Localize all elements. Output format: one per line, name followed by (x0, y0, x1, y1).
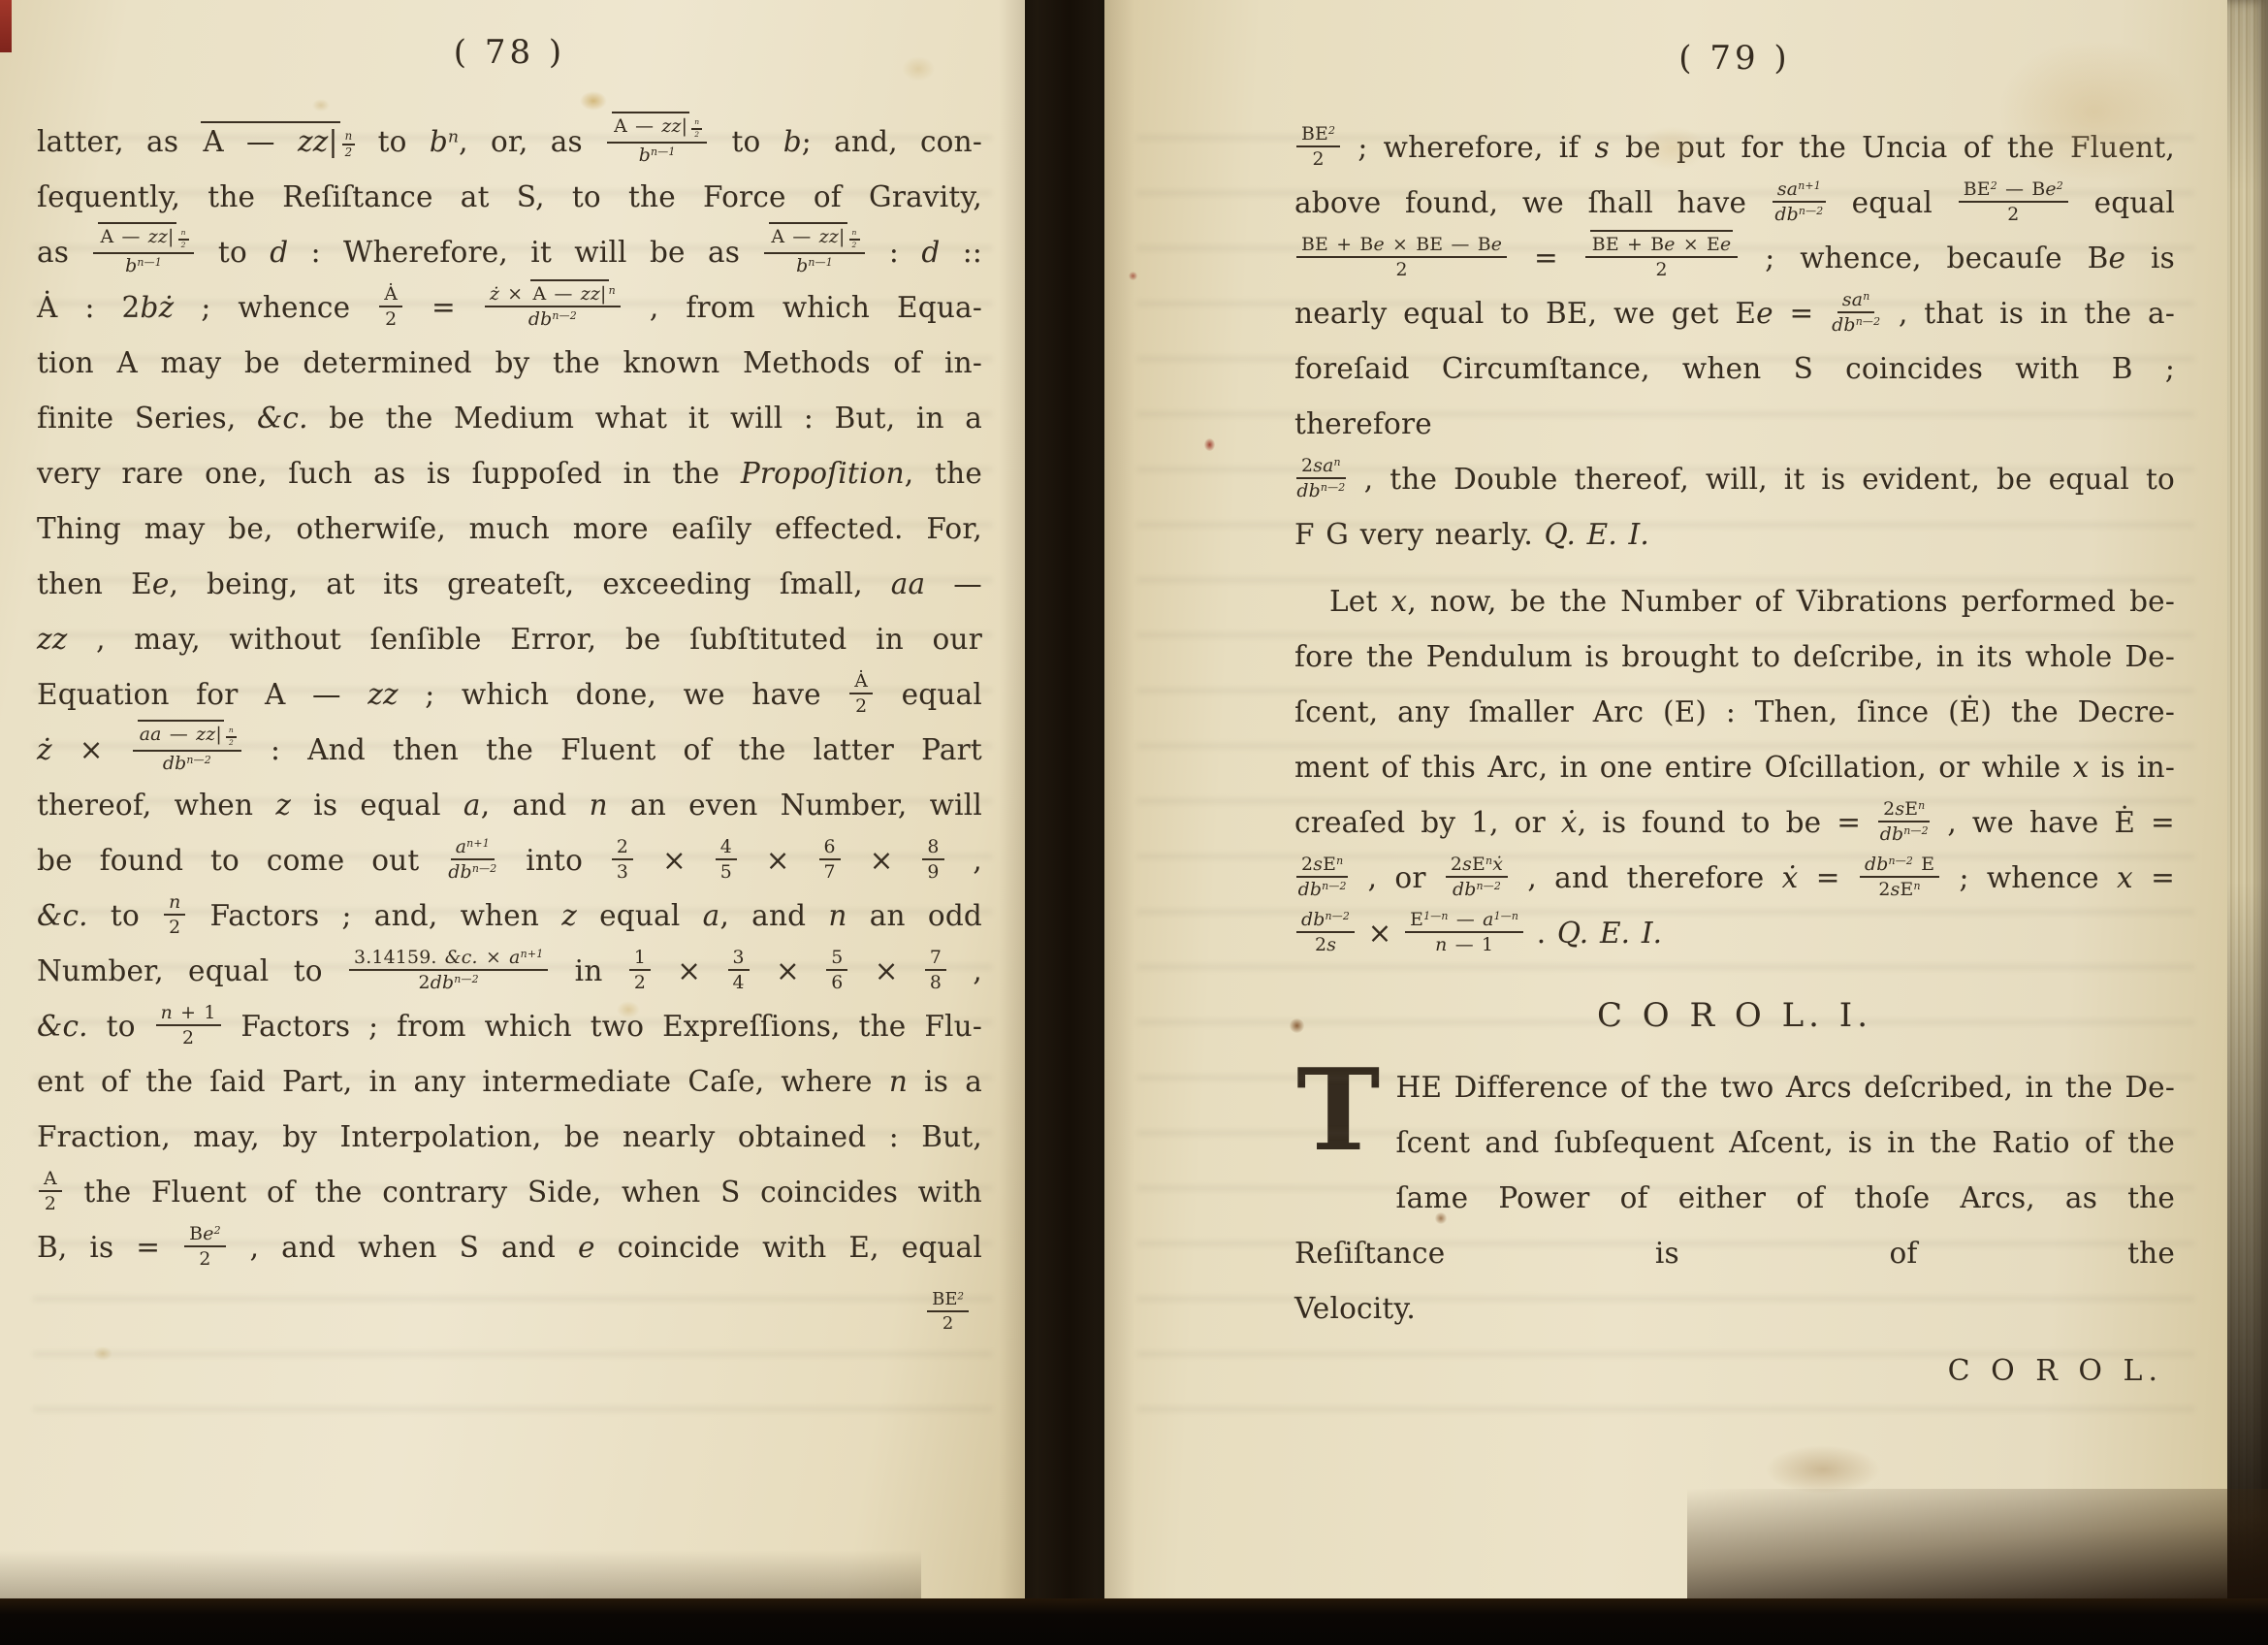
text-run: : (867, 236, 922, 269)
superscript: n+1 (521, 948, 544, 960)
text-run: ſcent and ſubſequent Aſcent, is in the R… (1396, 1126, 2175, 1159)
fraction-numerator: BE + Be × BE — Be (1296, 235, 1507, 258)
fraction: 34 (726, 948, 751, 993)
text-run: latter, as (37, 125, 201, 158)
italic-run: Q. E. I. (1557, 917, 1662, 950)
overline-vinculum: A — zz| (769, 222, 847, 247)
text-run: ſame Power of either of thoſe Arcs, as t… (1294, 1181, 2175, 1270)
italic-run: a (703, 899, 720, 932)
fraction-denominator: dbn—2 (1298, 878, 1347, 899)
text-line: BE + Be × BE — Be2 = BE + Be × Ee2 ; whe… (1294, 231, 2175, 286)
catchword-left: BE22 (37, 1293, 982, 1337)
italic-run: sa (1777, 178, 1798, 200)
text-line: latter, as A — zz|n2 to bn, or, as A — z… (37, 114, 982, 170)
text-run: 3 (617, 861, 628, 883)
italic-run: zz (148, 226, 168, 247)
overline-vinculum: BE + Be × Ee (1590, 230, 1734, 255)
text-line: ſame Power of either of thoſe Arcs, as t… (1294, 1171, 2175, 1281)
text-run: BE + B (1301, 234, 1373, 255)
text-line: zz , may, without ſenſible Error, be ſub… (37, 612, 982, 667)
fraction-numerator: BE2 (927, 1290, 969, 1312)
fraction: A — zz|n2bn—1 (762, 227, 866, 275)
text-line: BE22 ; wherefore, if s be put for the Un… (1294, 120, 2175, 176)
fraction-denominator: 2dbn—2 (419, 971, 479, 992)
italic-run: db (163, 753, 187, 774)
fraction: n2 (162, 892, 187, 938)
italic-run: e (1491, 234, 1502, 255)
text-run: , and therefore (1510, 861, 1782, 894)
text-run: 8 (927, 836, 939, 857)
text-run: 8 (930, 972, 942, 993)
text-run: 5 (831, 947, 843, 968)
fraction-numerator: 5 (826, 948, 847, 971)
superscript: n—1 (808, 256, 833, 269)
text-run: 2 (1655, 259, 1667, 280)
italic-run: sa (1313, 455, 1333, 476)
italic-run: db (1880, 823, 1904, 845)
text-run: 2 (199, 1248, 210, 1270)
text-line: be found to come out an+1dbn—2 into 23 ×… (37, 833, 982, 888)
italic-run: e (1664, 234, 1675, 255)
fraction: dbn—2 E2sEn (1858, 855, 1941, 900)
fraction: 2sEndbn—2 (1876, 799, 1932, 845)
fraction: Be22 (182, 1224, 228, 1270)
text-line: ſequently, the Reſiſtance at S, to the F… (37, 170, 982, 225)
fraction-denominator: dbn—2 (163, 752, 211, 773)
italic-run: zz (37, 623, 68, 656)
fraction-numerator: 2san (1296, 456, 1346, 479)
italic-run: z (275, 789, 291, 822)
text-line: Number, equal to 3.14159. &c. × an+12dbn… (37, 944, 982, 999)
italic-run: x (1391, 585, 1408, 618)
superscript: 2 (957, 1290, 964, 1302)
italic-run: db (448, 861, 472, 883)
italic-run: db (528, 308, 553, 330)
fraction: n + 12 (154, 1003, 223, 1048)
text-run: very rare one, ſuch as is ſuppoſed in th… (37, 457, 741, 490)
text-run: , now, be the Number of Vibrations perfo… (1407, 585, 2175, 618)
text-run: Equation for A — (37, 678, 367, 711)
italic-run: b (125, 255, 137, 276)
text-line: ſcent, any ſmaller Arc (E) : Then, ſince… (1294, 685, 2175, 740)
text-line: ent of the ſaid Part, in any intermediat… (37, 1054, 982, 1110)
page-79-text: BE22 ; wherefore, if s be put for the Un… (1294, 120, 2175, 961)
overline-vinculum: aa — zz| (138, 720, 224, 745)
italic-run: a (1483, 909, 1493, 930)
text-run: | (328, 125, 337, 158)
text-run: BE (1301, 123, 1328, 145)
fraction: Ȧ2 (847, 671, 875, 717)
text-run: BE (1964, 178, 1991, 200)
text-run: ; and, con- (802, 125, 982, 158)
text-run: equal (875, 678, 982, 711)
superscript: n—2 (1799, 205, 1824, 217)
text-line: &c. to n + 12 Factors ; from which two E… (37, 999, 982, 1054)
corol-heading: C O R O L. I. (1294, 996, 2175, 1035)
text-run: equal (1828, 186, 1957, 219)
superscript: n—2 (1856, 315, 1881, 328)
italic-run: z (561, 899, 577, 932)
text-run: 2 (634, 972, 646, 993)
text-run: ; whence, becauſe B (1740, 242, 2108, 274)
text-run: is in- (2089, 751, 2175, 784)
fraction: Ȧ2 (377, 284, 404, 330)
text-run: is equal (291, 789, 463, 822)
text-run: an odd (847, 899, 982, 932)
text-run: A — (771, 226, 818, 247)
text-line: Thing may be, otherwiſe, much more eaſil… (37, 501, 982, 557)
text-line: foreſaid Circumſtance, when S coincides … (1294, 341, 2175, 452)
fraction: BE22 (925, 1290, 971, 1334)
text-run: × (843, 844, 921, 877)
text-run: × (478, 947, 509, 968)
text-run: BE + B (1592, 234, 1664, 255)
italic-run: ż (490, 283, 499, 305)
fraction-numerator: A — zz|n2 (764, 227, 864, 253)
fraction-denominator: 2 (45, 1192, 56, 1213)
fraction-denominator: dbn—2 (448, 860, 496, 882)
fraction: A — zz|n2bn—1 (91, 227, 195, 275)
text-run: — B (1997, 178, 2046, 200)
italic-run: n (1435, 934, 1447, 955)
text-run: 3 (733, 947, 745, 968)
text-run: 2 (1395, 259, 1407, 280)
fraction: dbn—22s (1294, 910, 1357, 955)
text-run: × (849, 954, 923, 987)
drop-cap-T: T (1296, 1068, 1381, 1177)
text-run: = (2133, 861, 2175, 894)
text-run: E (1410, 909, 1423, 930)
fraction-denominator: 2 (182, 1026, 194, 1048)
table-edge-dark-band (0, 1598, 2268, 1645)
text-run: 2 (1301, 854, 1313, 875)
fraction: aa — zz|n2dbn—2 (131, 725, 243, 773)
fraction-denominator: 2 (199, 1247, 210, 1269)
italic-run: e (2109, 242, 2126, 274)
text-line: ż × aa — zz|n2dbn—2 : And then the Fluen… (37, 723, 982, 778)
superscript: n+1 (1798, 179, 1821, 192)
fraction-numerator: A — zz|n2 (607, 116, 707, 143)
text-run: B, is = (37, 1231, 182, 1264)
text-run: above found, we ſhall have (1294, 186, 1771, 219)
fraction-denominator: 2s (1315, 933, 1336, 954)
text-line: fore the Pendulum is brought to deſcribe… (1294, 629, 2175, 685)
fraction-numerator: aa — zz|n2 (133, 725, 241, 751)
italic-run: n (161, 1002, 173, 1023)
text-line: creaſed by 1, or ẋ, is found to be = 2sE… (1294, 795, 2175, 851)
text-run: ſcent, any ſmaller Arc (E) : Then, ſince… (1294, 695, 2175, 728)
italic-run: Q. E. I. (1545, 518, 1649, 551)
superscript: n (1918, 799, 1925, 812)
fraction-denominator: 6 (831, 971, 843, 992)
fraction-numerator: A (39, 1169, 62, 1192)
text-run: × (1357, 917, 1403, 950)
text-run: , is found to be = (1578, 806, 1876, 839)
text-line: finite Series, &c. be the Medium what it… (37, 391, 982, 446)
fraction-numerator: BE2 (1296, 124, 1340, 147)
superscript: 1—n (1494, 910, 1519, 922)
superscript: n—2 (1903, 824, 1929, 837)
text-run: × BE — B (1385, 234, 1491, 255)
italic-run: ẋ (1561, 806, 1578, 839)
text-run: , the Double thereof, will, it is eviden… (1348, 463, 2175, 496)
italic-run: db (431, 972, 455, 993)
text-run: BE (932, 1289, 957, 1309)
sup-fraction: n2 (226, 726, 237, 747)
text-run: × (653, 954, 726, 987)
superscript: n (1913, 880, 1920, 892)
fraction-numerator: 2sEnẋ (1446, 855, 1508, 878)
fraction-numerator: Be2 (184, 1224, 226, 1247)
text-run: is (2125, 242, 2175, 274)
text-run: , or, as (459, 125, 605, 158)
italic-run: ż (37, 733, 52, 766)
text-run: 2 (1883, 798, 1895, 820)
italic-run: &c. (37, 899, 88, 932)
fraction-numerator: E1—n — a1—n (1405, 910, 1523, 933)
superscript: 1—n (1423, 910, 1449, 922)
text-line: ſcent and ſubſequent Aſcent, is in the R… (1294, 1115, 2175, 1171)
italic-run: b (796, 255, 808, 276)
fraction-denominator: 2 (634, 971, 646, 992)
fraction: ż × A — zz|ndbn—2 (483, 284, 623, 330)
text-run: then E (37, 567, 152, 600)
fraction-numerator: 4 (716, 837, 737, 860)
italic-run: e (203, 1223, 213, 1244)
superscript: n—2 (1477, 880, 1502, 892)
fraction: 89 (920, 837, 945, 883)
text-line: then Ee, being, at its greateſt, exceedi… (37, 557, 982, 612)
text-run: , and when S and (228, 1231, 578, 1264)
text-run: 3.14159. (354, 947, 445, 968)
superscript: n (1863, 290, 1869, 303)
text-run: 2 (419, 972, 431, 993)
italic-run: n (828, 899, 847, 932)
italic-run: e (578, 1231, 595, 1264)
text-run: Fraction, may, by Interpolation, be near… (37, 1120, 982, 1153)
fraction-numerator: Ȧ (849, 671, 873, 694)
fraction-denominator: 7 (824, 860, 836, 882)
fraction: 2sEndbn—2 (1294, 855, 1350, 900)
text-run: | (600, 283, 607, 305)
fraction-numerator: A — zz|n2 (93, 227, 193, 253)
fraction-numerator: BE + Be × Ee (1585, 235, 1739, 258)
italic-run: b (783, 125, 802, 158)
text-run: to (196, 236, 271, 269)
text-run: | (682, 115, 688, 137)
italic-run: sa (1842, 289, 1863, 310)
superscript: n—2 (186, 754, 211, 766)
text-run: Factors ; and, when (187, 899, 561, 932)
text-run: be the Medium what it will : But, in a (308, 402, 982, 435)
fraction: A2 (37, 1169, 64, 1214)
italic-run: db (1298, 879, 1323, 900)
fraction-denominator: 2 (169, 916, 180, 937)
text-run: . (1525, 917, 1557, 950)
text-run: be put for the Uncia of the Fluent, (1610, 131, 2175, 164)
text-run: 2 (1313, 148, 1325, 170)
text-run: thereof, when (37, 789, 275, 822)
italic-run: zz (367, 678, 399, 711)
text-line: HE Difference of the two Arcs deſcribed,… (1294, 1060, 2175, 1115)
text-run: foreſaid Circumſtance, when S coincides … (1294, 352, 2175, 440)
fraction-denominator: bn—1 (639, 144, 676, 165)
italic-run: e (1756, 297, 1773, 330)
superscript: n—2 (472, 862, 497, 875)
fraction-numerator: n + 1 (156, 1003, 221, 1026)
text-run: 2 (1301, 455, 1313, 476)
text-run: : Wherefore, it will be as (288, 236, 762, 269)
text-line: above found, we ſhall have san+1dbn—2 eq… (1294, 176, 2175, 231)
italic-run: s (1313, 854, 1323, 875)
text-run: an even Number, will (608, 789, 982, 822)
text-run: Thing may be, otherwiſe, much more eaſil… (37, 512, 982, 545)
text-run: A (44, 1168, 57, 1189)
text-run: ; whence (1941, 861, 2117, 894)
italic-run: s (1595, 131, 1610, 164)
italic-run: n (169, 891, 180, 913)
text-run: the Fluent of the contrary Side, when S … (64, 1176, 982, 1209)
fraction: BE + Be × Ee2 (1583, 235, 1741, 280)
text-run: × (52, 733, 131, 766)
fraction-denominator: dbn—2 (528, 307, 577, 329)
italic-run: &c. (445, 947, 478, 968)
text-run: 2 (1451, 854, 1462, 875)
text-run: = (1773, 297, 1830, 330)
italic-run: ẋ (1782, 861, 1799, 894)
text-run: 7 (824, 861, 836, 883)
italic-run: s (1326, 934, 1336, 955)
text-run: = (1509, 242, 1583, 274)
italic-run: db (1296, 480, 1321, 501)
fraction-numerator: 2 (612, 837, 633, 860)
page-number-right: ( 79 ) (1294, 39, 2175, 78)
text-run: × E (1676, 234, 1720, 255)
superscript: n—2 (1888, 855, 1913, 867)
italic-run: a (463, 789, 481, 822)
text-run: 7 (930, 947, 942, 968)
text-run: Ȧ (854, 670, 868, 692)
page-78-text: latter, as A — zz|n2 to bn, or, as A — z… (37, 114, 982, 1275)
text-run: — 1 (1448, 934, 1494, 955)
text-run: E (1904, 798, 1918, 820)
text-run: 2 (1878, 879, 1890, 900)
fraction-numerator: 3 (728, 948, 750, 971)
overline-vinculum: A — zz| (612, 112, 689, 137)
italic-run: a (509, 947, 520, 968)
italic-run: d (921, 236, 940, 269)
fraction-numerator: 3.14159. &c. × an+1 (349, 948, 548, 971)
fraction-numerator: 6 (819, 837, 841, 860)
fraction-numerator: dbn—2 E (1860, 855, 1939, 878)
text-run: 2 (1315, 934, 1326, 955)
italic-run: s (1895, 798, 1904, 820)
text-line: A2 the Fluent of the contrary Side, when… (37, 1165, 982, 1220)
text-run: :: (940, 236, 982, 269)
fraction-numerator: dbn—2 (1296, 910, 1355, 933)
superscript: 2 (2057, 179, 2063, 192)
text-run: finite Series, (37, 402, 257, 435)
text-line: B, is = Be22 , and when S and e coincide… (37, 1220, 982, 1275)
text-run: is a (908, 1065, 982, 1098)
page-79: ( 79 ) BE22 ; wherefore, if s be put for… (1104, 0, 2227, 1602)
italic-run: s (1462, 854, 1472, 875)
text-line: tion A may be determined by the known Me… (37, 336, 982, 391)
text-line: Ȧ : 2bż ; whence Ȧ2 = ż × A — zz|ndbn—2 … (37, 280, 982, 336)
fraction-denominator: 2 (855, 694, 867, 716)
text-run: = (1799, 861, 1858, 894)
text-run: coincide with E, equal (595, 1231, 982, 1264)
page-78: ( 78 ) latter, as A — zz|n2 to bn, or, a… (0, 0, 1025, 1602)
fraction-numerator: 7 (925, 948, 946, 971)
superscript: 2 (1328, 124, 1335, 137)
fraction-denominator: 2 (1395, 258, 1407, 279)
superscript: n—1 (137, 256, 162, 269)
fraction-denominator: 8 (930, 971, 942, 992)
text-run: F G very nearly. (1294, 518, 1545, 551)
text-run: nearly equal to BE, we get E (1294, 297, 1756, 330)
fraction-numerator: 1 (629, 948, 651, 971)
italic-run: aa (140, 724, 162, 745)
text-run: — (162, 724, 196, 745)
text-run: ſequently, the Reſiſtance at S, to the F… (37, 180, 982, 213)
fraction-denominator: 3 (617, 860, 628, 882)
text-run: to (88, 899, 162, 932)
fraction-denominator: 2 (942, 1312, 953, 1333)
text-run: 6 (831, 972, 843, 993)
text-line: Velocity. (1294, 1281, 2175, 1337)
text-run: ; wherefore, if (1342, 131, 1594, 164)
text-run: 2 (617, 836, 628, 857)
page-number-left: ( 78 ) (37, 33, 982, 72)
sup-fraction-denominator: 2 (229, 738, 234, 748)
text-run: ; which done, we have (399, 678, 848, 711)
fraction-numerator: an+1 (451, 837, 495, 860)
corol-text: HE Difference of the two Arcs deſcribed,… (1294, 1060, 2175, 1337)
italic-run: a (456, 836, 466, 857)
fraction: BE2 — Be22 (1957, 179, 2070, 225)
text-run: 2 (942, 1313, 953, 1334)
text-run: to (709, 125, 783, 158)
superscript: 2 (214, 1224, 221, 1237)
text-run: Ȧ : 2 (37, 291, 141, 324)
superscript: n—2 (552, 309, 577, 322)
italic-run: zz (298, 125, 329, 158)
text-run: 2 (169, 917, 180, 938)
fraction-numerator: 2sEn (1296, 855, 1348, 878)
text-run: A — (203, 125, 298, 158)
fraction-denominator: 5 (720, 860, 732, 882)
italic-run: aa (891, 567, 926, 600)
fraction: BE22 (1294, 124, 1342, 170)
sup-fraction-denominator: 2 (852, 241, 857, 250)
text-run: 2 (45, 1193, 56, 1214)
text-run: 2 (855, 695, 867, 717)
fraction-denominator: dbn—2 (1880, 822, 1929, 844)
sup-fraction-numerator: n (178, 229, 189, 241)
fraction: an+1dbn—2 (446, 837, 498, 883)
fraction: 56 (824, 948, 849, 993)
text-run: E (1323, 854, 1336, 875)
text-run: as (37, 236, 91, 269)
bottom-left-shadow (0, 1550, 921, 1604)
text-run: : And then the Fluent of the latter Part (243, 733, 982, 766)
text-run: 1 (634, 947, 646, 968)
text-run: Number, equal to (37, 954, 347, 987)
text-line: Let x, now, be the Number of Vibrations … (1294, 574, 2175, 629)
fraction-denominator: dbn—2 (1832, 313, 1880, 335)
text-line: dbn—22s × E1—n — a1—nn — 1 . Q. E. I. (1294, 906, 2175, 961)
